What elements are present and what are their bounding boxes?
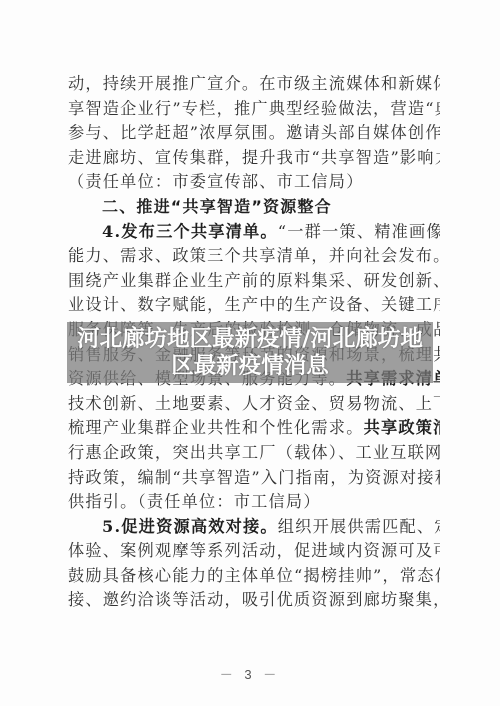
text-line: 业设计、数字赋能，生产中的生产设备、关键工序、绿色低碳、: [68, 293, 440, 318]
page-number: － 3 －: [0, 664, 500, 683]
text-segment: 持政策，编制“共享智造”入门指南，为资源对接和政策落地提: [68, 468, 440, 487]
text-line: 能力、需求、政策三个共享清单，并向社会发布。共享能力清单: [68, 244, 440, 269]
text-line: 体验、案例观摩等系列活动，促进域内资源可及可享、高效利用。: [68, 539, 440, 564]
text-segment: 行惠企政策，突出共享工厂（载体）、工业互联网平台等专项支: [68, 443, 440, 462]
text-segment: （责任单位：市委宣传部、市工信局）: [68, 172, 364, 191]
text-line: 梳理产业集群企业共性和个性化需求。共享政策清单整合优化现: [68, 416, 440, 441]
text-line: 5.促进资源高效对接。组织开展供需匹配、定向推介、场景: [68, 515, 440, 540]
section-heading: 二、推进“共享智造”资源整合: [68, 195, 440, 220]
text-line: 动，持续开展推广宣介。在市级主流媒体和新媒体平台，开设“共: [68, 72, 440, 97]
bold-text-segment: 共享政策清单: [364, 418, 440, 437]
bold-text-segment: 二、推进“共享智造”资源整合: [102, 197, 332, 216]
text-segment: 能力、需求、政策三个共享清单，并向社会发布。: [68, 246, 440, 265]
text-segment: “一群一策、精准画像”，梳理形成: [278, 222, 440, 241]
text-segment: 享智造企业行”专栏，推广典型经验做法，营造“典型引路、全员: [68, 99, 440, 118]
text-line: 行惠企政策，突出共享工厂（载体）、工业互联网平台等专项支: [68, 441, 440, 466]
text-line: （责任单位：市委宣传部、市工信局）: [68, 170, 440, 195]
text-segment: 供指引。（责任单位：市工信局）: [68, 492, 321, 511]
text-line: 接、邀约洽谈等活动，吸引优质资源到廊坊聚集，形成“供给驱: [68, 588, 440, 613]
text-line: 4.发布三个共享清单。“一群一策、精准画像”，梳理形成: [68, 220, 440, 245]
text-segment: 围绕产业集群企业生产前的原料集采、研发创新、孵化中试、工: [68, 271, 440, 290]
text-segment: 参与、比学赶超”浓厚氛围。邀请头部自媒体创作者、行业专家: [68, 123, 440, 142]
text-segment: 动，持续开展推广宣介。在市级主流媒体和新媒体平台，开设“共: [68, 74, 440, 93]
text-segment: 鼓励具备核心能力的主体单位“揭榜挂帅”，常态化开展技术对: [68, 566, 440, 585]
text-segment: 梳理产业集群企业共性和个性化需求。: [68, 418, 364, 437]
bold-text-segment: 5.促进资源高效对接。: [102, 517, 278, 536]
text-line: 享智造企业行”专栏，推广典型经验做法，营造“典型引路、全员: [68, 97, 440, 122]
text-line: 持政策，编制“共享智造”入门指南，为资源对接和政策落地提: [68, 466, 440, 491]
overlay-title-line-2: 区最新疫情消息: [171, 353, 329, 380]
overlay-title-line-1: 河北廊坊地区最新疫情/河北廊坊地: [77, 326, 423, 353]
overlay-title: 河北廊坊地区最新疫情/河北廊坊地 区最新疫情消息: [67, 322, 433, 383]
text-segment: 组织开展供需匹配、定向推介、场景: [278, 517, 440, 536]
text-line: 鼓励具备核心能力的主体单位“揭榜挂帅”，常态化开展技术对: [68, 564, 440, 589]
text-segment: 走进廊坊、宣传集群，提升我市“共享智造”影响力和传播力。: [68, 148, 440, 167]
text-segment: 业设计、数字赋能，生产中的生产设备、关键工序、绿色低碳、: [68, 295, 440, 314]
text-segment: 接、邀约洽谈等活动，吸引优质资源到廊坊聚集，形成“供给驱: [68, 590, 440, 609]
bold-text-segment: 4.发布三个共享清单。: [102, 222, 278, 241]
text-line: 围绕产业集群企业生产前的原料集采、研发创新、孵化中试、工: [68, 269, 440, 294]
text-line: 参与、比学赶超”浓厚氛围。邀请头部自媒体创作者、行业专家: [68, 121, 440, 146]
text-segment: 体验、案例观摩等系列活动，促进域内资源可及可享、高效利用。: [68, 541, 440, 560]
text-line: 供指引。（责任单位：市工信局）: [68, 490, 440, 515]
text-line: 走进廊坊、宣传集群，提升我市“共享智造”影响力和传播力。: [68, 146, 440, 171]
text-line: 技术创新、土地要素、人才资金、贸易物流、上下游配套等方面，: [68, 392, 440, 417]
text-segment: 技术创新、土地要素、人才资金、贸易物流、上下游配套等方面，: [68, 394, 440, 413]
